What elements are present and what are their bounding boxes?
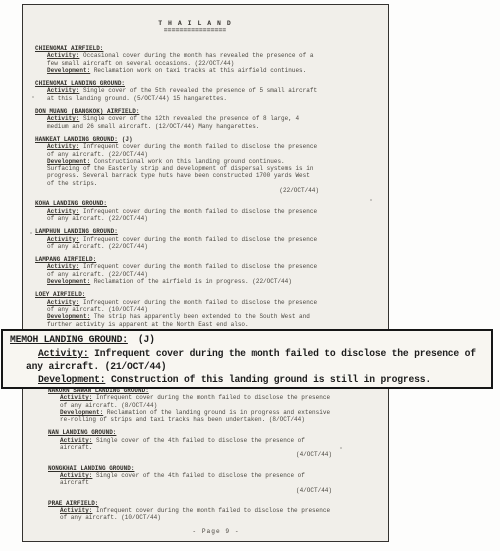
activity-line: Activity: Infrequent cover during the mo… xyxy=(47,299,319,314)
line-label: Development: xyxy=(47,278,90,285)
scan-speck xyxy=(30,232,32,234)
document-page: T H A I L A N D ================ CHIENGM… xyxy=(22,4,389,542)
line-label: Activity: xyxy=(38,348,89,359)
airfield-name: KOHA LANDING GROUND: xyxy=(35,200,107,207)
scan-speck xyxy=(340,447,342,449)
airfield-name: HANKEAT LANDING GROUND: xyxy=(35,136,118,143)
airfield-name: PRAE AIRFIELD: xyxy=(48,500,98,507)
airfield-name: LOEY AIRFIELD: xyxy=(35,291,85,298)
line-text: Reclamation work on taxi tracks at this … xyxy=(94,67,306,74)
activity-line: Activity: Infrequent cover during the mo… xyxy=(47,208,319,223)
airfield-section-nakorn-sawan: NAKORN SAWAN LANDING GROUND: Activity: I… xyxy=(48,387,378,423)
scan-speck xyxy=(370,199,372,201)
airfield-heading: KOHA LANDING GROUND: xyxy=(35,200,380,207)
airfield-section-chiengmai-airfield: CHIENGMAI AIRFIELD: Activity: Occasional… xyxy=(35,45,380,74)
line-text: Infrequent cover during the month failed… xyxy=(60,507,330,521)
airfield-name: NONGKHAI LANDING GROUND: xyxy=(48,465,134,472)
scanned-document: T H A I L A N D ================ CHIENGM… xyxy=(0,0,500,551)
line-label: Activity: xyxy=(47,236,79,243)
line-text: Reclamation of the airfield is in progre… xyxy=(94,278,292,285)
line-text: Construction of this landing ground is s… xyxy=(111,374,431,385)
line-text: Infrequent cover during the month failed… xyxy=(26,348,476,372)
line-label: Activity: xyxy=(47,87,79,94)
airfield-heading: LAMPHUN LANDING GROUND: xyxy=(35,228,380,235)
line-label: Activity: xyxy=(47,263,79,270)
title-underline: ================ xyxy=(35,28,355,33)
airfield-section-nongkhai: NONGKHAI LANDING GROUND: Activity: Singl… xyxy=(48,465,378,494)
line-text: Infrequent cover during the month failed… xyxy=(47,299,317,313)
airfield-heading: CHIENGMAI AIRFIELD: xyxy=(35,45,380,52)
line-text: Single cover of the 12th revealed the pr… xyxy=(47,115,299,129)
airfield-name: CHIENGMAI LANDING GROUND: xyxy=(35,80,125,87)
airfield-name: CHIENGMAI AIRFIELD: xyxy=(35,45,103,52)
airfield-section-nan: NAN LANDING GROUND: Activity: Single cov… xyxy=(48,429,378,458)
date-line: (22/OCT/44) xyxy=(47,187,319,194)
development-line: Development: Reclamation work on taxi tr… xyxy=(47,67,319,74)
development-line: Development: Constructional work on this… xyxy=(47,158,319,187)
airfield-heading: DON MUANG (BANGKOK) AIRFIELD: xyxy=(35,108,380,115)
highlight-heading: MEMOH LANDING GROUND:(J) xyxy=(10,333,485,347)
line-label: Activity: xyxy=(60,507,92,514)
line-label: Activity: xyxy=(60,394,92,401)
line-label: Activity: xyxy=(47,208,79,215)
page-title-block: T H A I L A N D ================ xyxy=(35,20,355,33)
airfield-heading: HANKEAT LANDING GROUND:(J) xyxy=(35,136,380,143)
line-text: Single cover of the 4th failed to disclo… xyxy=(60,472,305,486)
activity-line: Activity: Infrequent cover during the mo… xyxy=(47,236,319,251)
airfield-code: (J) xyxy=(122,136,133,143)
line-label: Development: xyxy=(47,313,90,320)
airfield-name: NAN LANDING GROUND: xyxy=(48,429,116,436)
airfield-heading: NONGKHAI LANDING GROUND: xyxy=(48,465,378,472)
highlight-activity-line: Activity: Infrequent cover during the mo… xyxy=(26,347,485,373)
highlight-development-line: Development: Construction of this landin… xyxy=(26,373,485,386)
page-bottom-block: NAKORN SAWAN LANDING GROUND: Activity: I… xyxy=(48,387,378,535)
airfield-heading: NAN LANDING GROUND: xyxy=(48,429,378,436)
line-label: Development: xyxy=(38,374,105,385)
airfield-name: LAMPHUN LANDING GROUND: xyxy=(35,228,118,235)
page-number: - Page 9 - xyxy=(66,528,366,535)
activity-line: Activity: Single cover of the 5th reveal… xyxy=(47,87,319,102)
line-text: Occasional cover during the month has re… xyxy=(47,52,313,66)
development-line: Development: The strip has apparently be… xyxy=(47,313,319,328)
line-label: Activity: xyxy=(47,115,79,122)
airfield-heading: CHIENGMAI LANDING GROUND: xyxy=(35,80,380,87)
airfield-heading: PRAE AIRFIELD: xyxy=(48,500,378,507)
airfield-section-loey: LOEY AIRFIELD: Activity: Infrequent cove… xyxy=(35,291,380,327)
airfield-section-don-muang: DON MUANG (BANGKOK) AIRFIELD: Activity: … xyxy=(35,108,380,130)
line-text: Infrequent cover during the month failed… xyxy=(47,208,317,222)
activity-line: Activity: Infrequent cover during the mo… xyxy=(60,394,332,409)
development-line: Development: Reclamation of the airfield… xyxy=(47,278,319,285)
line-label: Development: xyxy=(60,409,103,416)
date-line: (4/OCT/44) xyxy=(60,487,332,494)
line-text: Single cover of the 4th failed to disclo… xyxy=(60,437,305,451)
development-line: Development: Reclamation of the landing … xyxy=(60,409,332,424)
scan-speck xyxy=(32,96,34,98)
line-label: Development: xyxy=(47,67,90,74)
line-label: Activity: xyxy=(60,472,92,479)
airfield-section-chiengmai-landing-ground: CHIENGMAI LANDING GROUND: Activity: Sing… xyxy=(35,80,380,102)
line-label: Activity: xyxy=(47,299,79,306)
date-line: (4/OCT/44) xyxy=(60,451,332,458)
activity-line: Activity: Occasional cover during the mo… xyxy=(47,52,319,67)
airfield-code: (J) xyxy=(138,334,155,345)
activity-line: Activity: Infrequent cover during the mo… xyxy=(47,263,319,278)
airfield-heading: LOEY AIRFIELD: xyxy=(35,291,380,298)
airfield-section-hankeat: HANKEAT LANDING GROUND:(J) Activity: Inf… xyxy=(35,136,380,194)
airfield-section-prae: PRAE AIRFIELD: Activity: Infrequent cove… xyxy=(48,500,378,522)
activity-line: Activity: Infrequent cover during the mo… xyxy=(47,143,319,158)
activity-line: Activity: Single cover of the 12th revea… xyxy=(47,115,319,130)
airfield-name: LAMPANG AIRFIELD: xyxy=(35,256,96,263)
airfield-section-lamphun: LAMPHUN LANDING GROUND: Activity: Infreq… xyxy=(35,228,380,250)
line-label: Development: xyxy=(47,158,90,165)
airfield-heading: LAMPANG AIRFIELD: xyxy=(35,256,380,263)
line-label: Activity: xyxy=(60,437,92,444)
line-text: Single cover of the 5th revealed the pre… xyxy=(47,87,317,101)
line-text: Infrequent cover during the month failed… xyxy=(47,143,317,157)
line-text: Infrequent cover during the month failed… xyxy=(47,263,317,277)
line-text: Infrequent cover during the month failed… xyxy=(47,236,317,250)
activity-line: Activity: Single cover of the 4th failed… xyxy=(60,437,332,452)
airfield-name: DON MUANG (BANGKOK) AIRFIELD: xyxy=(35,108,139,115)
airfield-name: MEMOH LANDING GROUND: xyxy=(10,334,128,345)
line-label: Activity: xyxy=(47,143,79,150)
line-label: Activity: xyxy=(47,52,79,59)
activity-line: Activity: Infrequent cover during the mo… xyxy=(60,507,332,522)
airfield-section-koha: KOHA LANDING GROUND: Activity: Infrequen… xyxy=(35,200,380,222)
airfield-section-lampang: LAMPANG AIRFIELD: Activity: Infrequent c… xyxy=(35,256,380,285)
activity-line: Activity: Single cover of the 4th failed… xyxy=(60,472,332,487)
line-text: Infrequent cover during the month failed… xyxy=(60,394,330,408)
highlight-callout-memoh: MEMOH LANDING GROUND:(J) Activity: Infre… xyxy=(1,329,493,389)
